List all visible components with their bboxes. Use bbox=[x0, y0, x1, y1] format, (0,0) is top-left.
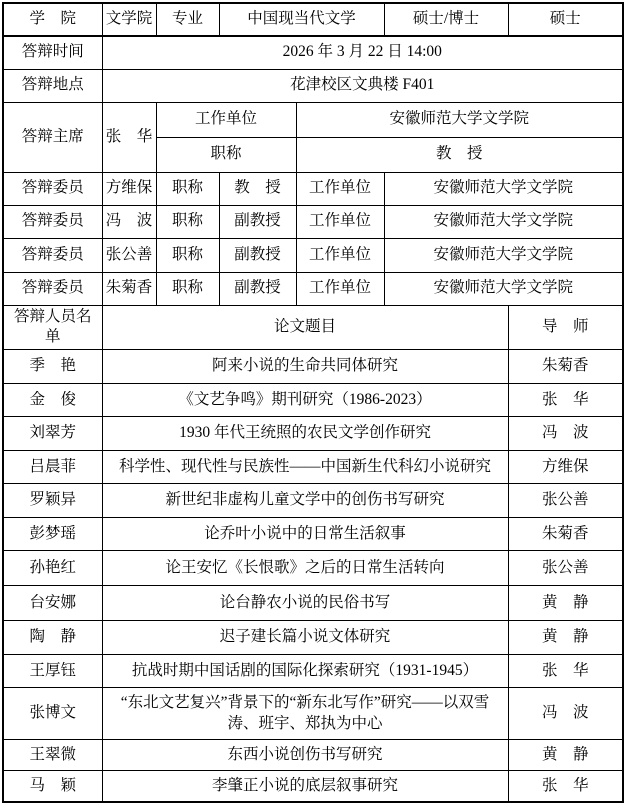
student-advisor: 冯 波 bbox=[508, 417, 623, 451]
college-value: 文学院 bbox=[102, 3, 156, 36]
student-thesis: 东西小说创伤书写研究 bbox=[102, 740, 508, 771]
student-name: 孙艳红 bbox=[3, 551, 102, 586]
committee-unit-value: 安徽师范大学文学院 bbox=[384, 238, 623, 272]
committee-name: 朱菊香 bbox=[102, 272, 156, 305]
student-row: 刘翠芳 1930 年代王统照的农民文学创作研究 冯 波 bbox=[3, 417, 623, 451]
list-header-advisor: 导 师 bbox=[508, 305, 623, 350]
list-header-row: 答辩人员名单 论文题目 导 师 bbox=[3, 305, 623, 350]
student-row: 季 艳 阿来小说的生命共同体研究 朱菊香 bbox=[3, 350, 623, 384]
student-name: 台安娜 bbox=[3, 586, 102, 621]
chair-label: 答辩主席 bbox=[3, 102, 102, 172]
list-header-name: 答辩人员名单 bbox=[3, 305, 102, 350]
chair-name: 张 华 bbox=[102, 102, 156, 172]
student-name: 彭梦瑶 bbox=[3, 518, 102, 551]
student-row: 王翠微 东西小说创伤书写研究 黄 静 bbox=[3, 740, 623, 771]
student-row: 罗颖异 新世纪非虚构儿童文学中的创伤书写研究 张公善 bbox=[3, 484, 623, 518]
student-advisor: 黄 静 bbox=[508, 740, 623, 771]
committee-title-value: 副教授 bbox=[219, 238, 296, 272]
committee-title-label: 职称 bbox=[156, 272, 219, 305]
student-name: 罗颖异 bbox=[3, 484, 102, 518]
student-thesis: 科学性、现代性与民族性——中国新生代科幻小说研究 bbox=[102, 451, 508, 484]
committee-name: 方维保 bbox=[102, 172, 156, 205]
student-name: 陶 静 bbox=[3, 621, 102, 655]
committee-label: 答辩委员 bbox=[3, 205, 102, 238]
degree-value: 硕士 bbox=[508, 3, 623, 36]
committee-title-label: 职称 bbox=[156, 238, 219, 272]
student-advisor: 张公善 bbox=[508, 484, 623, 518]
committee-row: 答辩委员 朱菊香 职称 副教授 工作单位 安徽师范大学文学院 bbox=[3, 272, 623, 305]
student-advisor: 方维保 bbox=[508, 451, 623, 484]
committee-title-label: 职称 bbox=[156, 172, 219, 205]
student-thesis: 新世纪非虚构儿童文学中的创伤书写研究 bbox=[102, 484, 508, 518]
student-name: 王翠微 bbox=[3, 740, 102, 771]
student-row: 彭梦瑶 论乔叶小说中的日常生活叙事 朱菊香 bbox=[3, 518, 623, 551]
committee-name: 冯 波 bbox=[102, 205, 156, 238]
time-value: 2026 年 3 月 22 日 14:00 bbox=[102, 36, 623, 69]
time-row: 答辩时间 2026 年 3 月 22 日 14:00 bbox=[3, 36, 623, 69]
student-name: 刘翠芳 bbox=[3, 417, 102, 451]
committee-unit-label: 工作单位 bbox=[296, 272, 384, 305]
student-row: 孙艳红 论王安忆《长恨歌》之后的日常生活转向 张公善 bbox=[3, 551, 623, 586]
student-name: 季 艳 bbox=[3, 350, 102, 384]
student-thesis: 迟子建长篇小说文体研究 bbox=[102, 621, 508, 655]
student-advisor: 张 华 bbox=[508, 655, 623, 688]
chair-title-label: 职称 bbox=[156, 137, 296, 172]
committee-row: 答辩委员 张公善 职称 副教授 工作单位 安徽师范大学文学院 bbox=[3, 238, 623, 272]
major-label: 专业 bbox=[156, 3, 219, 36]
committee-row: 答辩委员 冯 波 职称 副教授 工作单位 安徽师范大学文学院 bbox=[3, 205, 623, 238]
degree-label: 硕士/博士 bbox=[384, 3, 508, 36]
committee-unit-label: 工作单位 bbox=[296, 205, 384, 238]
student-name: 金 俊 bbox=[3, 384, 102, 417]
student-thesis: 抗战时期中国话剧的国际化探索研究（1931-1945） bbox=[102, 655, 508, 688]
major-value: 中国现当代文学 bbox=[219, 3, 384, 36]
student-row: 金 俊 《文艺争鸣》期刊研究（1986-2023） 张 华 bbox=[3, 384, 623, 417]
committee-title-value: 教 授 bbox=[219, 172, 296, 205]
committee-label: 答辩委员 bbox=[3, 238, 102, 272]
student-advisor: 朱菊香 bbox=[508, 350, 623, 384]
time-label: 答辩时间 bbox=[3, 36, 102, 69]
student-thesis: 李肇正小说的底层叙事研究 bbox=[102, 771, 508, 802]
student-thesis: 阿来小说的生命共同体研究 bbox=[102, 350, 508, 384]
committee-label: 答辩委员 bbox=[3, 172, 102, 205]
committee-unit-label: 工作单位 bbox=[296, 238, 384, 272]
college-label: 学 院 bbox=[3, 3, 102, 36]
student-row: 马 颖 李肇正小说的底层叙事研究 张 华 bbox=[3, 771, 623, 802]
committee-title-value: 副教授 bbox=[219, 205, 296, 238]
committee-unit-label: 工作单位 bbox=[296, 172, 384, 205]
committee-unit-value: 安徽师范大学文学院 bbox=[384, 272, 623, 305]
student-thesis: 论王安忆《长恨歌》之后的日常生活转向 bbox=[102, 551, 508, 586]
student-thesis: “东北文艺复兴”背景下的“新东北写作”研究——以双雪涛、班宇、郑执为中心 bbox=[102, 688, 508, 740]
committee-name: 张公善 bbox=[102, 238, 156, 272]
place-value: 花津校区文典楼 F401 bbox=[102, 69, 623, 102]
student-thesis: 1930 年代王统照的农民文学创作研究 bbox=[102, 417, 508, 451]
committee-unit-value: 安徽师范大学文学院 bbox=[384, 205, 623, 238]
student-advisor: 张 华 bbox=[508, 771, 623, 802]
place-row: 答辩地点 花津校区文典楼 F401 bbox=[3, 69, 623, 102]
student-row: 陶 静 迟子建长篇小说文体研究 黄 静 bbox=[3, 621, 623, 655]
student-name: 吕晨菲 bbox=[3, 451, 102, 484]
committee-title-value: 副教授 bbox=[219, 272, 296, 305]
chair-title-value: 教 授 bbox=[296, 137, 623, 172]
student-row: 王厚钰 抗战时期中国话剧的国际化探索研究（1931-1945） 张 华 bbox=[3, 655, 623, 688]
committee-title-label: 职称 bbox=[156, 205, 219, 238]
committee-label: 答辩委员 bbox=[3, 272, 102, 305]
header-row: 学 院 文学院 专业 中国现当代文学 硕士/博士 硕士 bbox=[3, 3, 623, 36]
student-advisor: 黄 静 bbox=[508, 586, 623, 621]
student-thesis: 《文艺争鸣》期刊研究（1986-2023） bbox=[102, 384, 508, 417]
chair-unit-value: 安徽师范大学文学院 bbox=[296, 102, 623, 137]
committee-unit-value: 安徽师范大学文学院 bbox=[384, 172, 623, 205]
student-advisor: 朱菊香 bbox=[508, 518, 623, 551]
student-advisor: 冯 波 bbox=[508, 688, 623, 740]
student-row: 台安娜 论台静农小说的民俗书写 黄 静 bbox=[3, 586, 623, 621]
student-row: 张博文 “东北文艺复兴”背景下的“新东北写作”研究——以双雪涛、班宇、郑执为中心… bbox=[3, 688, 623, 740]
committee-row: 答辩委员 方维保 职称 教 授 工作单位 安徽师范大学文学院 bbox=[3, 172, 623, 205]
place-label: 答辩地点 bbox=[3, 69, 102, 102]
student-row: 吕晨菲 科学性、现代性与民族性——中国新生代科幻小说研究 方维保 bbox=[3, 451, 623, 484]
student-thesis: 论乔叶小说中的日常生活叙事 bbox=[102, 518, 508, 551]
student-advisor: 张公善 bbox=[508, 551, 623, 586]
document-page: 学 院 文学院 专业 中国现当代文学 硕士/博士 硕士 答辩时间 2026 年 … bbox=[2, 2, 622, 794]
chair-unit-label: 工作单位 bbox=[156, 102, 296, 137]
student-name: 张博文 bbox=[3, 688, 102, 740]
defense-schedule-table: 学 院 文学院 专业 中国现当代文学 硕士/博士 硕士 答辩时间 2026 年 … bbox=[2, 2, 624, 803]
student-name: 王厚钰 bbox=[3, 655, 102, 688]
student-advisor: 张 华 bbox=[508, 384, 623, 417]
chair-row-unit: 答辩主席 张 华 工作单位 安徽师范大学文学院 bbox=[3, 102, 623, 137]
student-name: 马 颖 bbox=[3, 771, 102, 802]
student-thesis: 论台静农小说的民俗书写 bbox=[102, 586, 508, 621]
list-header-thesis: 论文题目 bbox=[102, 305, 508, 350]
student-advisor: 黄 静 bbox=[508, 621, 623, 655]
